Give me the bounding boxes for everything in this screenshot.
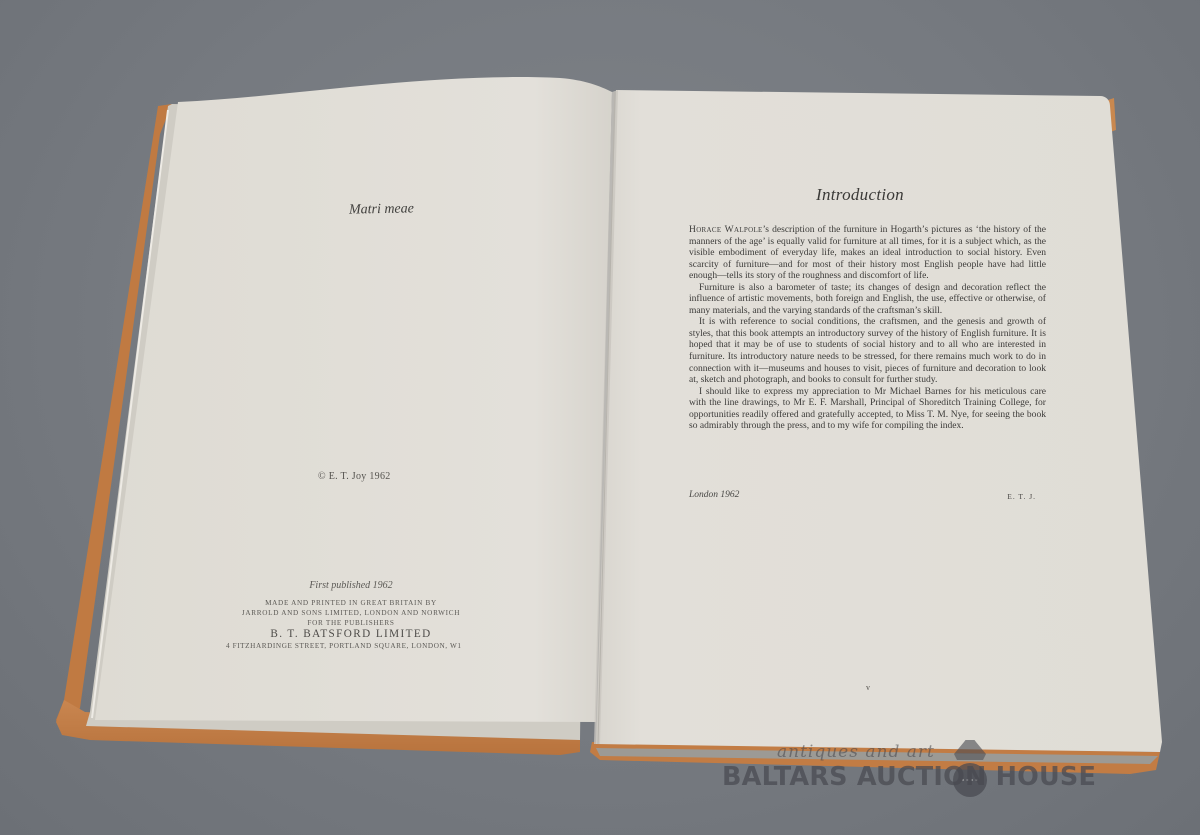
photo-scene: Matri meae © E. T. Joy 1962 First publis…: [0, 0, 1200, 835]
dedication: Matri meae: [349, 201, 414, 218]
publisher-address: 4 Fitzhardinge Street, Portland Square, …: [226, 641, 480, 652]
paragraph-2: Furniture is also a barometer of taste; …: [689, 282, 1046, 317]
auction-house-watermark: antiques and art BALTARS AUCTION HOUSE: [722, 742, 1122, 802]
copyright-notice: © E. T. Joy 1962: [318, 471, 391, 482]
publisher-name: B. T. Batsford Limited: [222, 628, 480, 641]
imprint-line-1: Made and printed in Great Britain by: [222, 598, 480, 608]
paragraph-3: It is with reference to social condition…: [689, 316, 1046, 385]
imprint-block: First published 1962 Made and printed in…: [222, 580, 480, 652]
signoff-place: London 1962: [689, 490, 739, 500]
chapter-title: Introduction: [760, 185, 960, 205]
watermark-name: BALTARS AUCTION HOUSE: [722, 762, 1096, 792]
imprint-line-2: Jarrold and Sons Limited, London and Nor…: [222, 608, 480, 618]
signoff: London 1962 E. T. J.: [689, 490, 1046, 500]
page-number: v: [866, 683, 870, 692]
watermark-tagline: antiques and art: [777, 742, 935, 762]
paragraph-4: I should like to express my appreciation…: [689, 386, 1046, 432]
imprint-line-3: for the publishers: [222, 618, 480, 628]
lead-name: Horace Walpole: [689, 224, 763, 235]
introduction-body: Horace Walpole’s description of the furn…: [689, 224, 1046, 432]
first-published: First published 1962: [222, 580, 480, 591]
paragraph-1: Horace Walpole’s description of the furn…: [689, 224, 1046, 282]
signoff-initials: E. T. J.: [1007, 492, 1036, 501]
